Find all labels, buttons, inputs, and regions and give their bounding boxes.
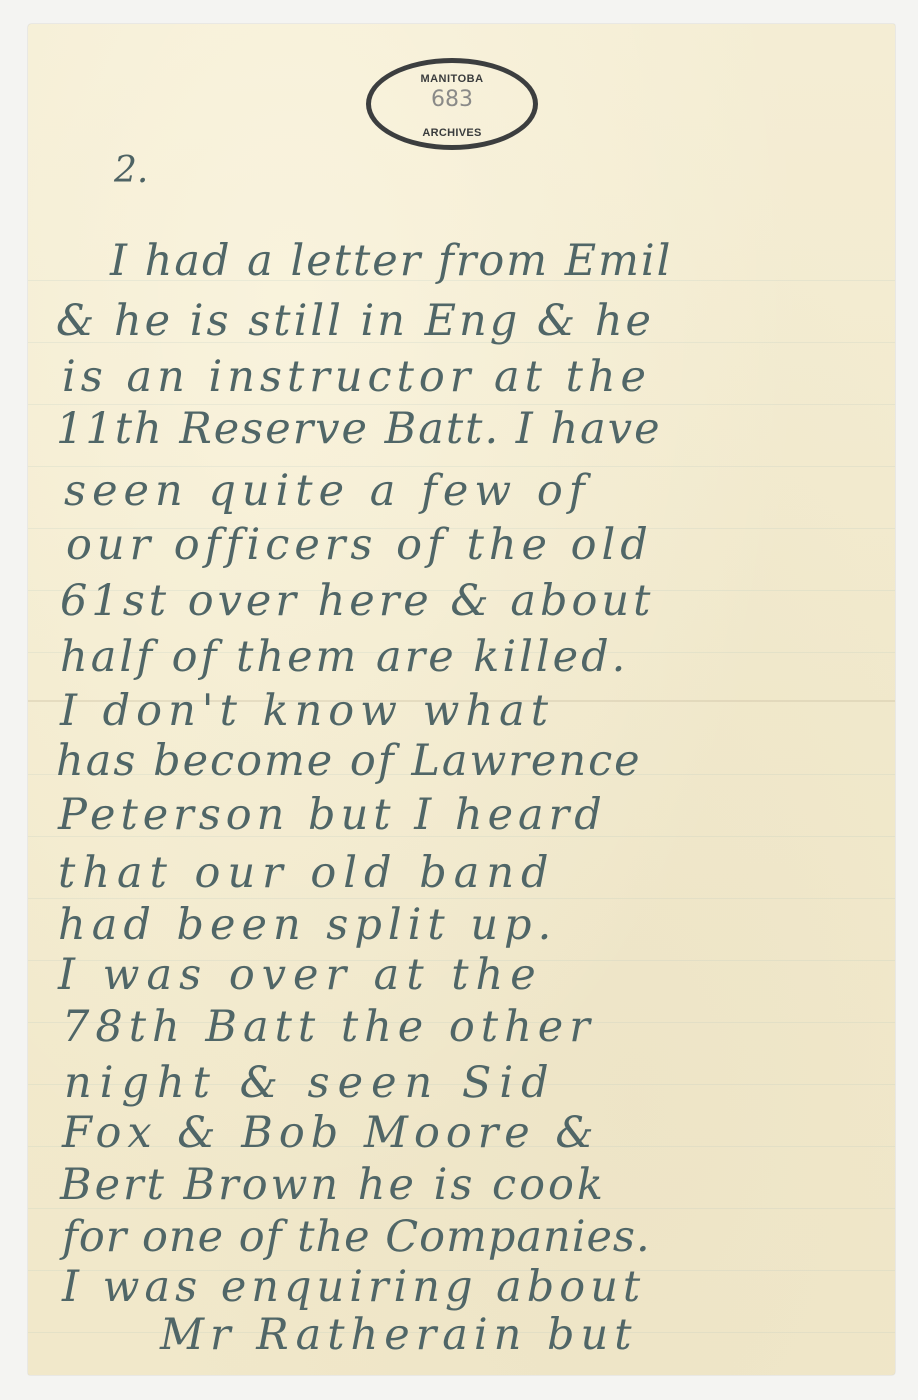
stamp-archives-label: ARCHIVES — [371, 127, 533, 139]
letter-line: has become of Lawrence — [56, 736, 642, 786]
page-number: 2. — [114, 150, 148, 191]
letter-line: I had a letter from Emil — [110, 236, 672, 286]
archive-stamp: MANITOBA 683 ARCHIVES — [366, 58, 538, 150]
letter-line: 61st over here & about — [60, 576, 654, 626]
letter-line: 78th Batt the other — [62, 1002, 596, 1052]
letter-line: & he is still in Eng & he — [56, 296, 654, 346]
letter-line: that our old band — [58, 848, 556, 898]
letter-line: half of them are killed. — [60, 632, 628, 682]
letter-line: Fox & Bob Moore & — [62, 1108, 600, 1158]
letter-line: 11th Reserve Batt. I have — [56, 404, 662, 454]
ruled-line — [28, 898, 895, 899]
letter-line: seen quite a few of — [64, 466, 591, 516]
letter-line: Mr Ratherain but — [160, 1310, 637, 1360]
letter-line: for one of the Companies. — [62, 1212, 651, 1262]
letter-line: is an instructor at the — [62, 352, 651, 402]
letter-line: our officers of the old — [66, 520, 653, 570]
letter-line: I don't know what — [60, 686, 554, 736]
letter-line: had been split up. — [58, 900, 557, 950]
letter-line: Peterson but I heard — [58, 790, 607, 840]
letter-line: night & seen Sid — [64, 1058, 557, 1108]
letter-line: I was enquiring about — [62, 1262, 645, 1312]
letter-line: Bert Brown he is cook — [60, 1160, 606, 1210]
stamp-institution: MANITOBA — [371, 73, 533, 85]
stamp-accession-number: 683 — [371, 87, 533, 112]
letter-line: I was over at the — [58, 950, 543, 1000]
